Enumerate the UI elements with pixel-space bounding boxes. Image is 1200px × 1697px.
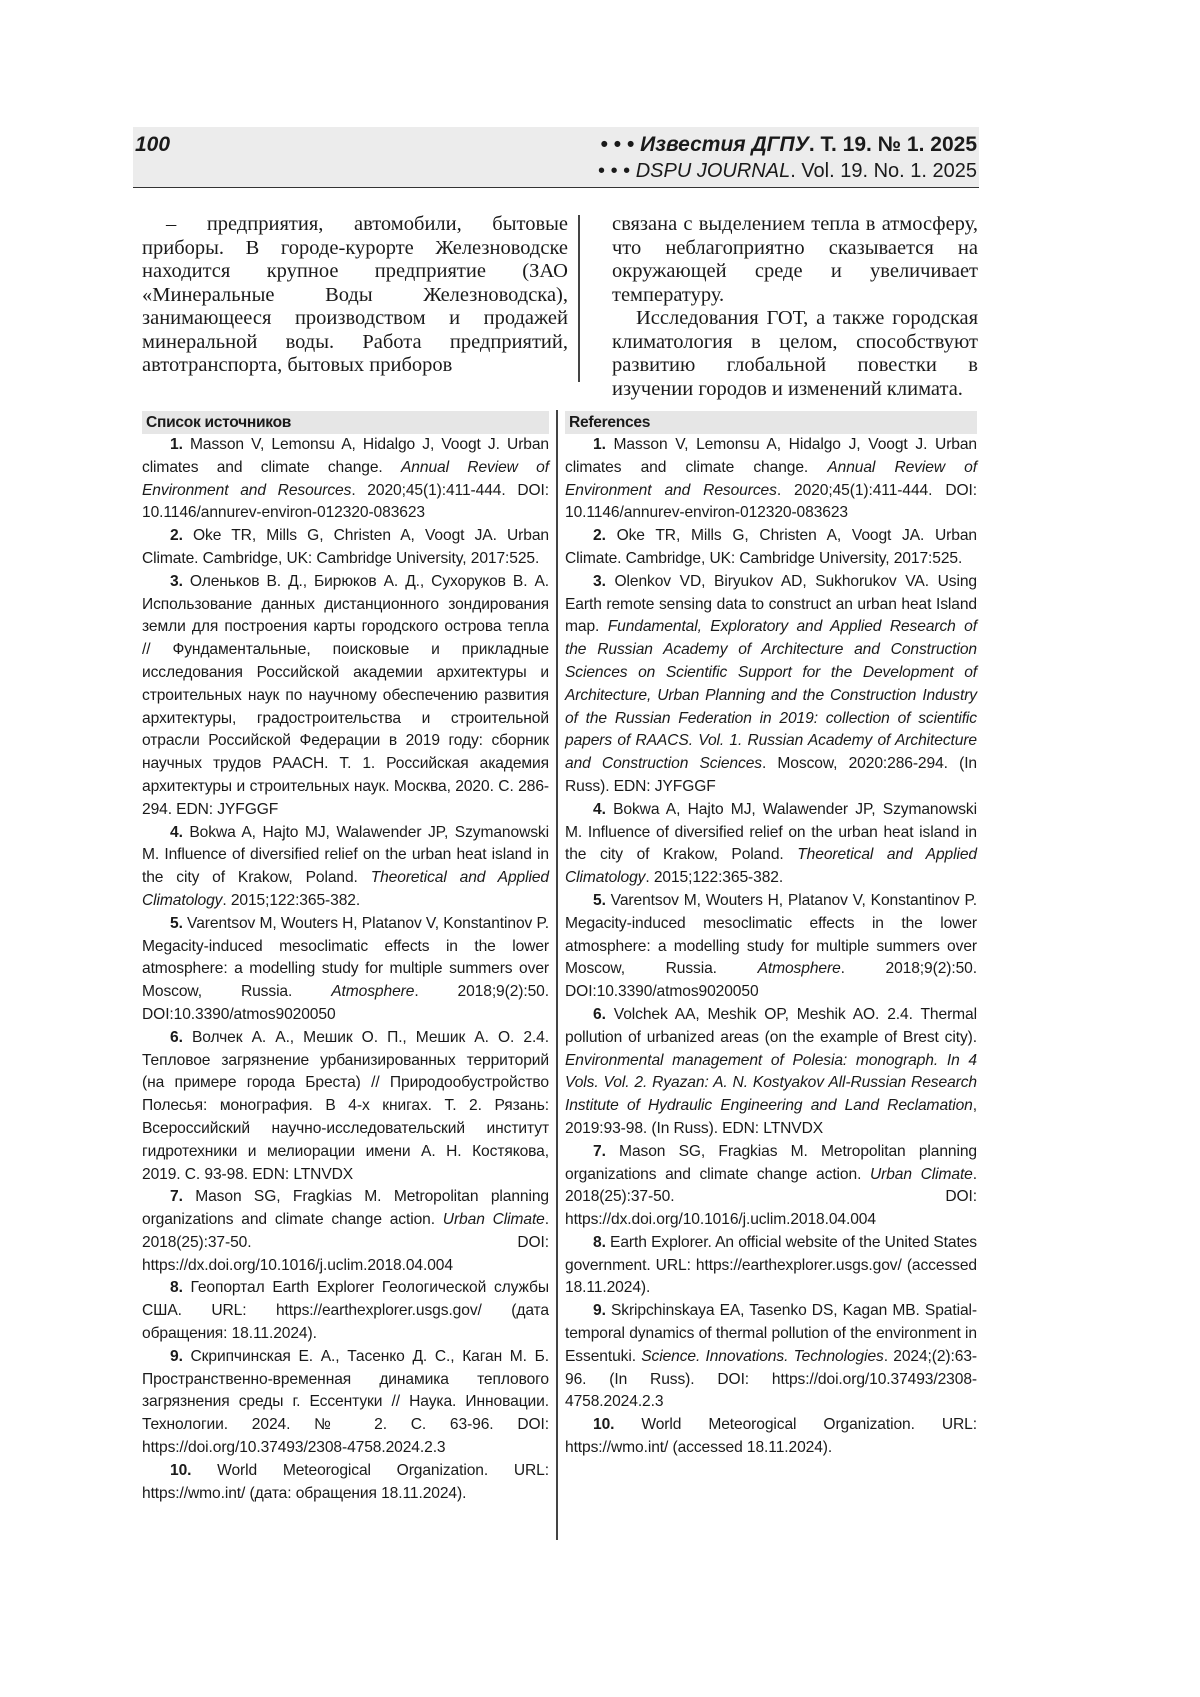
- reference-text: World Meteorogical Organization. URL: ht…: [565, 1416, 977, 1456]
- reference-text: Геопортал Earth Explorer Геологической с…: [142, 1279, 549, 1342]
- reference-source-title: Science. Innovations. Technologies: [641, 1348, 884, 1365]
- reference-item: 5. Varentsov M, Wouters H, Platanov V, K…: [142, 913, 549, 1027]
- reference-details: . 2015;122:365-382.: [645, 869, 783, 886]
- reference-text: Oke TR, Mills G, Christen A, Voogt JA. U…: [142, 527, 549, 567]
- reference-item: 6. Волчек А. А., Мешик О. П., Мешик А. О…: [142, 1027, 549, 1187]
- reference-item: 1. Masson V, Lemonsu A, Hidalgo J, Voogt…: [565, 434, 977, 525]
- journal-title-en: • • • DSPU JOURNAL. Vol. 19. No. 1. 2025: [598, 160, 977, 183]
- reference-number: 1.: [170, 436, 183, 453]
- reference-item: 1. Masson V, Lemonsu A, Hidalgo J, Voogt…: [142, 434, 549, 525]
- reference-text: Волчек А. А., Мешик О. П., Мешик А. О. 2…: [142, 1029, 549, 1183]
- reference-number: 4.: [593, 801, 606, 818]
- bullets-icon: • • •: [601, 133, 635, 156]
- reference-source-title: Urban Climate: [443, 1211, 545, 1228]
- reference-number: 9.: [170, 1348, 183, 1365]
- reference-number: 8.: [593, 1234, 606, 1251]
- reference-source-title: Atmosphere: [758, 960, 841, 977]
- reference-number: 4.: [170, 824, 183, 841]
- reference-item: 9. Скрипчинская Е. А., Тасенко Д. С., Ка…: [142, 1346, 549, 1460]
- reference-number: 6.: [170, 1029, 183, 1046]
- reference-number: 5.: [593, 892, 606, 909]
- reference-number: 7.: [593, 1143, 606, 1160]
- reference-text: World Meteorogical Organization. URL: ht…: [142, 1462, 549, 1502]
- references-heading-en: References: [565, 411, 977, 434]
- reference-source-title: Urban Climate: [870, 1166, 973, 1183]
- journal-name-ru: Известия ДГПУ: [640, 133, 809, 156]
- body-text-left: – предприятия, автомобили, бытовые прибо…: [142, 213, 568, 378]
- reference-item: 7. Mason SG, Fragkias M. Metropolitan pl…: [142, 1186, 549, 1277]
- reference-text: Oke TR, Mills G, Christen A, Voogt JA. U…: [565, 527, 977, 567]
- reference-number: 3.: [170, 573, 183, 590]
- column-divider: [578, 215, 580, 382]
- reference-number: 10.: [170, 1462, 191, 1479]
- reference-details: . 2015;122:365-382.: [222, 892, 360, 909]
- reference-number: 3.: [593, 573, 606, 590]
- journal-name-en: DSPU JOURNAL: [636, 160, 790, 182]
- references-ru: Список источников 1. Masson V, Lemonsu A…: [142, 411, 549, 1505]
- reference-text: Earth Explorer. An official website of t…: [565, 1234, 977, 1297]
- reference-number: 5.: [170, 915, 183, 932]
- paragraph: Исследования ГОТ, а также городская клим…: [612, 307, 978, 401]
- reference-text: Volchek AA, Meshik OP, Meshik AO. 2.4. T…: [565, 1006, 977, 1046]
- reference-number: 2.: [170, 527, 183, 544]
- paragraph: связана с выделением тепла в атмосферу, …: [612, 213, 978, 307]
- reference-text: Оленьков В. Д., Бирюков А. Д., Сухоруков…: [142, 573, 549, 818]
- reference-number: 2.: [593, 527, 606, 544]
- reference-item: 8. Earth Explorer. An official website o…: [565, 1232, 977, 1300]
- page-number: 100: [135, 133, 170, 157]
- reference-source-title: Atmosphere: [331, 983, 414, 1000]
- reference-item: 5. Varentsov M, Wouters H, Platanov V, K…: [565, 890, 977, 1004]
- reference-source-title: Fundamental, Exploratory and Applied Res…: [565, 618, 977, 772]
- reference-item: 4. Bokwa A, Hajto MJ, Walawender JP, Szy…: [565, 799, 977, 890]
- reference-item: 7. Mason SG, Fragkias M. Metropolitan pl…: [565, 1141, 977, 1232]
- reference-item: 2. Oke TR, Mills G, Christen A, Voogt JA…: [142, 525, 549, 571]
- reference-item: 6. Volchek AA, Meshik OP, Meshik AO. 2.4…: [565, 1004, 977, 1141]
- reference-item: 3. Olenkov VD, Biryukov AD, Sukhorukov V…: [565, 571, 977, 799]
- reference-item: 10. World Meteorogical Organization. URL…: [565, 1414, 977, 1460]
- journal-issue-en: . Vol. 19. No. 1. 2025: [790, 160, 977, 182]
- reference-number: 9.: [593, 1302, 606, 1319]
- journal-title-ru: • • • Известия ДГПУ. Т. 19. № 1. 2025: [601, 133, 977, 157]
- journal-issue-ru: . Т. 19. № 1. 2025: [809, 133, 977, 156]
- running-header: 100 • • • Известия ДГПУ. Т. 19. № 1. 202…: [133, 127, 979, 188]
- reference-item: 8. Геопортал Earth Explorer Геологическо…: [142, 1277, 549, 1345]
- reference-source-title: Environmental management of Polesia: mon…: [565, 1052, 977, 1115]
- reference-number: 8.: [170, 1279, 183, 1296]
- reference-item: 10. World Meteorogical Organization. URL…: [142, 1460, 549, 1506]
- reference-item: 3. Оленьков В. Д., Бирюков А. Д., Сухору…: [142, 571, 549, 822]
- reference-number: 10.: [593, 1416, 614, 1433]
- references-en: References 1. Masson V, Lemonsu A, Hidal…: [565, 411, 977, 1460]
- reference-text: Скрипчинская Е. А., Тасенко Д. С., Каган…: [142, 1348, 549, 1456]
- reference-item: 4. Bokwa A, Hajto MJ, Walawender JP, Szy…: [142, 822, 549, 913]
- reference-number: 1.: [593, 436, 606, 453]
- bullets-icon: • • •: [598, 160, 630, 182]
- body-text-right: связана с выделением тепла в атмосферу, …: [612, 213, 978, 401]
- reference-item: 2. Oke TR, Mills G, Christen A, Voogt JA…: [565, 525, 977, 571]
- reference-item: 9. Skripchinskaya EA, Tasenko DS, Kagan …: [565, 1300, 977, 1414]
- reference-number: 6.: [593, 1006, 606, 1023]
- column-divider: [556, 410, 558, 1540]
- reference-number: 7.: [170, 1188, 183, 1205]
- paragraph: – предприятия, автомобили, бытовые прибо…: [142, 213, 568, 378]
- references-heading-ru: Список источников: [142, 411, 549, 434]
